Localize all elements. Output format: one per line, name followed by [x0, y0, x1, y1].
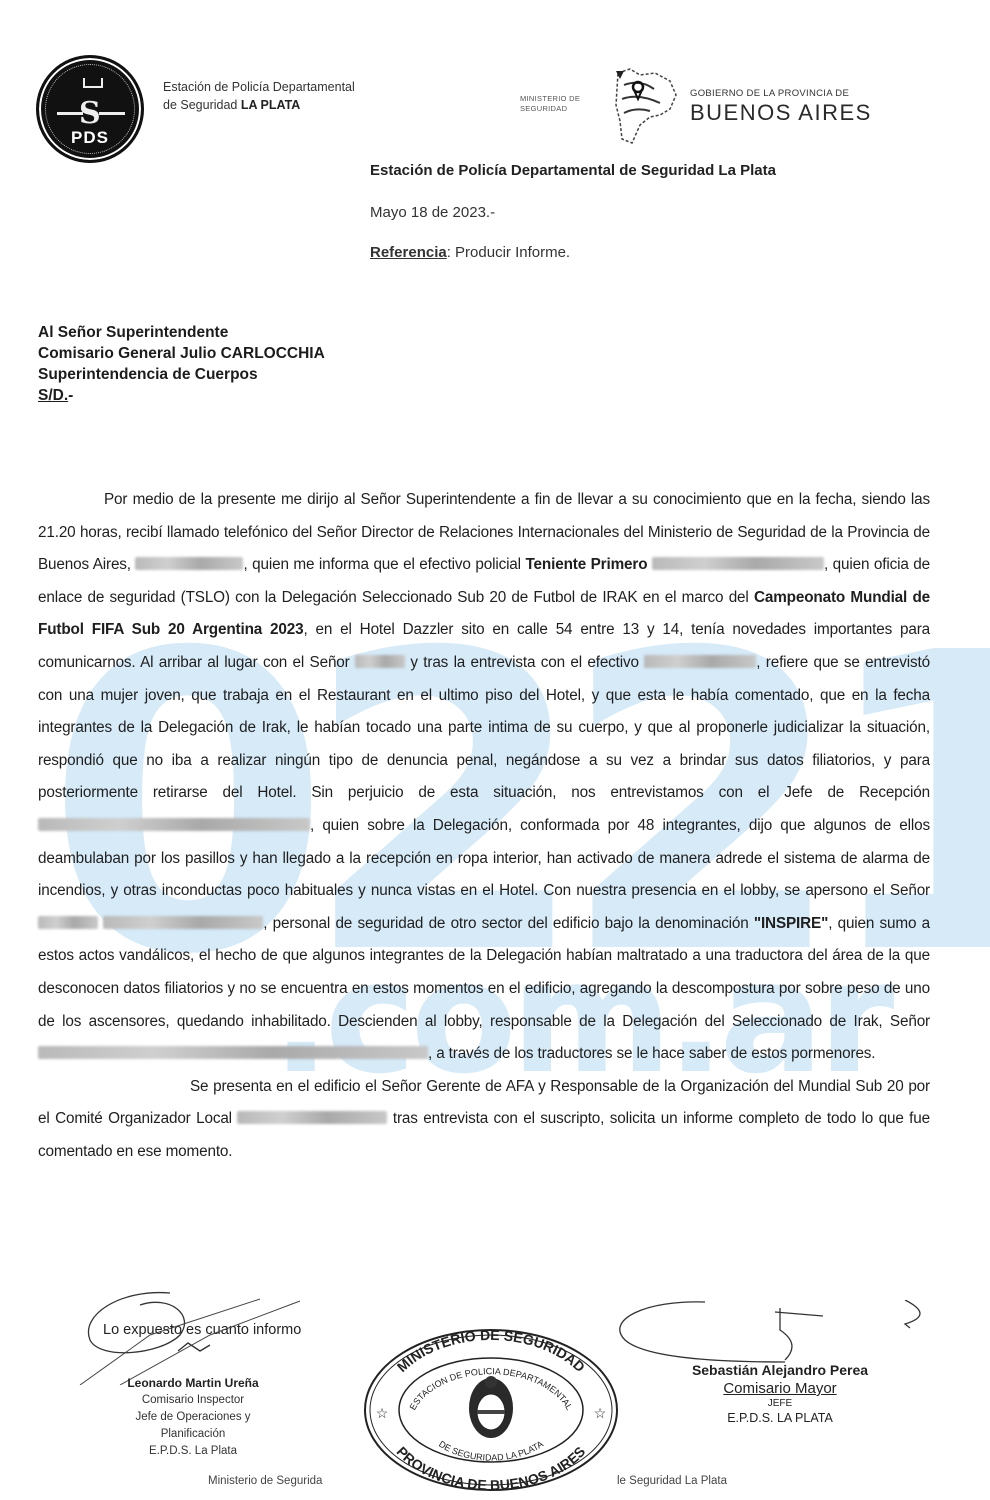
redacted-name: [135, 557, 243, 570]
signature-left: Leonardo Martin Ureña Comisario Inspecto…: [68, 1375, 318, 1460]
footer-left: Ministerio de Segurida: [208, 1475, 322, 1487]
pds-logo-label: PDS: [39, 128, 141, 148]
signature-right-scribble: [605, 1300, 935, 1370]
svg-text:DE SEGURIDAD LA PLATA: DE SEGURIDAD LA PLATA: [437, 1439, 545, 1463]
redacted-name: [38, 916, 98, 929]
body-paragraph-1: Por medio de la presente me dirijo al Se…: [38, 484, 930, 1071]
svg-text:☆: ☆: [594, 1405, 607, 1421]
footer-right: le Seguridad La Plata: [617, 1475, 727, 1487]
redacted-name: [38, 1046, 428, 1059]
document-date: Mayo 18 de 2023.-: [370, 204, 495, 221]
pds-logo-icon: S PDS: [36, 55, 144, 163]
closing-line: Lo expuesto es cuanto informo: [103, 1322, 301, 1338]
coat-of-arms-icon: [469, 1376, 513, 1438]
station-title: Estación de Policía Departamental de Seg…: [370, 162, 776, 179]
body-paragraph-2: Se presenta en el edificio el Señor Gere…: [38, 1071, 930, 1169]
report-body: Por medio de la presente me dirijo al Se…: [38, 484, 930, 1168]
svg-text:☆: ☆: [376, 1405, 389, 1421]
official-stamp: MINISTERIO DE SEGURIDAD ESTACION DE POLI…: [360, 1320, 622, 1492]
redacted-name: [652, 557, 824, 570]
ministry-small-label: Ministerio de Seguridad: [520, 94, 600, 114]
redacted-name: [644, 655, 756, 668]
buenos-aires-government-logo: Gobierno de la Provincia de BUENOS AIRES: [690, 88, 872, 126]
buenos-aires-map-icon: [610, 65, 680, 145]
svg-text:PROVINCIA DE BUENOS AIRES: PROVINCIA DE BUENOS AIRES: [394, 1443, 589, 1492]
recipient-block: Al Señor Superintendente Comisario Gener…: [38, 322, 325, 406]
redacted-name: [355, 655, 405, 668]
redacted-name: [38, 818, 310, 831]
redacted-name: [103, 916, 263, 929]
signature-right: Sebastián Alejandro Perea Comisario Mayo…: [660, 1362, 900, 1425]
document-reference: Referencia: Producir Informe.: [370, 244, 570, 261]
header-station-name: Estación de Policía Departamental de Seg…: [163, 78, 355, 114]
redacted-name: [237, 1111, 387, 1124]
